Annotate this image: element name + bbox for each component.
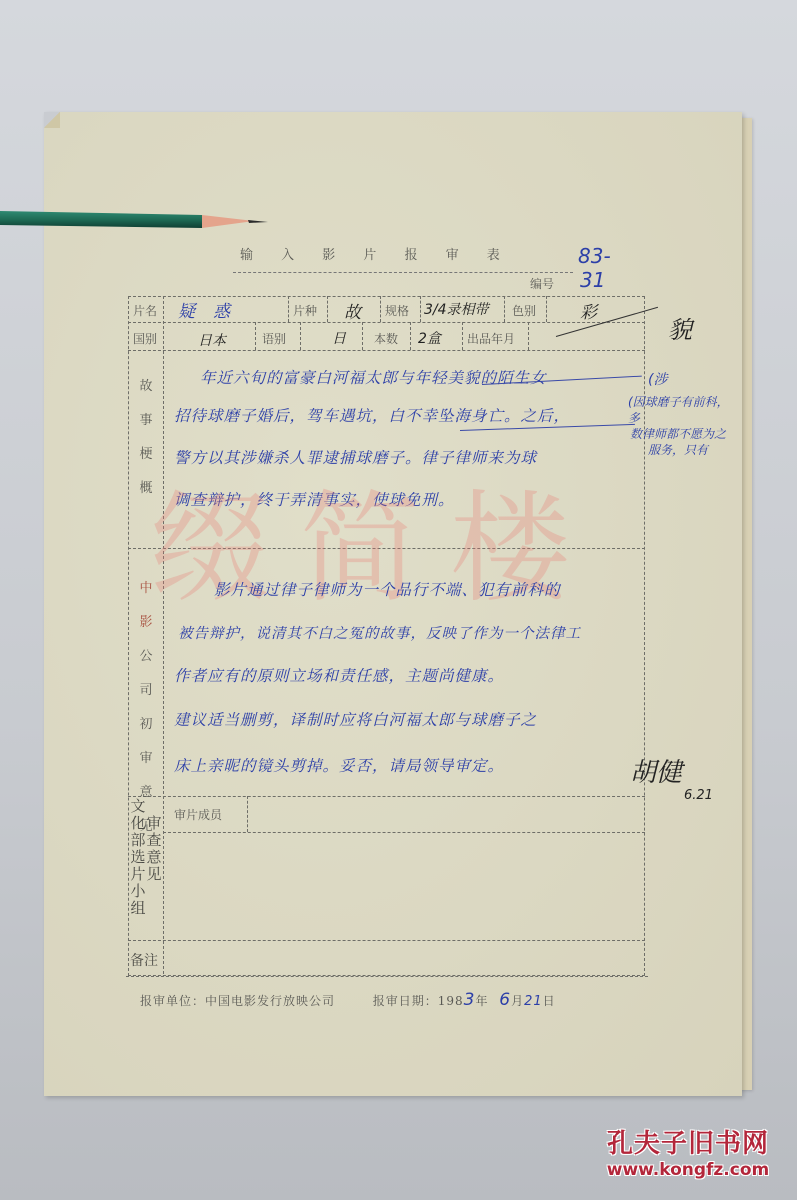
month-value: 6	[499, 990, 511, 1010]
site-logo-url: www.kongfz.com	[593, 1160, 783, 1180]
serial-label: 编号	[530, 275, 554, 292]
language-label: 语别	[262, 330, 286, 347]
col-divider	[247, 796, 248, 832]
col-divider	[255, 322, 256, 350]
label-char: 组	[130, 900, 146, 917]
col-divider	[362, 322, 363, 350]
synopsis-line-3: 警方以其涉嫌杀人罪逮捕球磨子。律子律师来为球	[174, 446, 537, 468]
format-value: 3/4录相带	[424, 299, 489, 319]
color-value: 彩	[580, 298, 597, 323]
synopsis-label: 故 事 梗 概	[138, 370, 154, 506]
col-divider	[380, 296, 381, 322]
label-char: 选	[130, 849, 146, 866]
row-divider	[128, 940, 645, 941]
row-divider	[128, 322, 645, 323]
country-value: 日本	[198, 330, 226, 350]
label-char: 文	[130, 798, 146, 815]
year-digit: 3	[464, 990, 476, 1010]
label-char: 事	[138, 404, 154, 438]
col-divider	[462, 322, 463, 350]
label-char: 司	[138, 674, 154, 708]
first-review-line-1: 影片通过律子律师为一个品行不端、犯有前科的	[214, 578, 561, 600]
site-logo-name: 孔夫子旧书网	[593, 1123, 783, 1160]
remarks-label: 备注	[130, 950, 158, 970]
ministry-label-outer: 文 化 部 选 片 小 组	[130, 798, 146, 917]
row-divider	[163, 832, 645, 833]
col-divider	[546, 296, 547, 322]
day-suffix: 日	[543, 994, 556, 1008]
footer-rule	[126, 976, 648, 977]
release-label: 出品年月	[467, 330, 515, 347]
col-divider	[288, 296, 289, 322]
reels-label: 本数	[374, 330, 398, 347]
label-char: 梗	[138, 438, 154, 472]
col-divider	[528, 322, 529, 350]
submit-date-label: 报审日期：	[373, 994, 438, 1008]
year-prefix: 198	[438, 994, 464, 1008]
synopsis-line-1: 年近六旬的富豪白河福太郎与年轻美貌的陌生女	[200, 366, 547, 388]
col-divider	[300, 322, 301, 350]
site-logo: 孔夫子旧书网 www.kongfz.com	[593, 1123, 783, 1180]
synopsis-line-2: 招待球磨子婚后，驾车遇坑，白不幸坠海身亡。之后，	[174, 404, 570, 426]
col-divider	[410, 322, 411, 350]
form-title: 输 入 影 片 报 审 表	[240, 244, 540, 263]
day-value: 21	[524, 994, 543, 1009]
first-review-line-5: 床上亲昵的镜头剪掉。妥否，请局领导审定。	[174, 754, 504, 776]
col-divider	[327, 296, 328, 322]
submit-unit-label: 报审单位：	[140, 994, 205, 1008]
first-review-line-3: 作者应有的原则立场和责任感，主题尚健康。	[174, 664, 504, 686]
title-underline	[233, 272, 573, 273]
col-divider	[504, 296, 505, 322]
side-note-line: 数律师都不愿为之	[630, 426, 738, 442]
month-suffix: 月	[511, 994, 524, 1008]
label-char: 中	[138, 572, 154, 606]
label-char: 意	[146, 849, 162, 866]
label-char: 概	[138, 472, 154, 506]
submit-unit-value: 中国电影发行放映公司	[205, 994, 335, 1008]
synopsis-line-4: 调查辩护，终于弄清事实，使球免刑。	[174, 488, 455, 510]
label-char: 见	[146, 866, 162, 883]
review-members-label: 审片成员	[174, 806, 222, 823]
col-divider	[420, 296, 421, 322]
color-label: 色别	[512, 302, 536, 319]
reels-value: 2盒	[418, 328, 441, 348]
label-char: 片	[130, 866, 146, 883]
ministry-label-inner: 审 查 意 见	[146, 815, 162, 883]
pencil-icon	[0, 205, 270, 229]
serial-number: 31	[580, 268, 605, 292]
country-label: 国别	[133, 330, 157, 347]
synopsis-side-note: (涉 (因球磨子有前科，多 数律师都不愿为之 服务，只有	[648, 372, 738, 458]
folded-corner	[44, 112, 60, 128]
label-char: 审	[146, 815, 162, 832]
col-divider	[163, 296, 164, 974]
label-char: 影	[138, 606, 154, 640]
label-char: 初	[138, 708, 154, 742]
row-divider	[128, 548, 645, 549]
first-review-line-4: 建议适当删剪，译制时应将白河福太郎与球磨子之	[174, 708, 537, 730]
label-char: 故	[138, 370, 154, 404]
signature-date: 6.21	[684, 788, 713, 803]
first-review-line-2: 被告辩护，说清其不白之冤的故事，反映了作为一个法律工	[178, 622, 581, 643]
year-suffix: 年	[475, 994, 488, 1008]
label-char: 小	[130, 883, 146, 900]
side-note-line: (因球磨子有前科，多	[628, 394, 738, 426]
label-char: 部	[130, 832, 146, 849]
film-type-label: 片种	[293, 302, 317, 319]
side-note-line: (涉	[648, 372, 738, 388]
label-char: 审	[138, 742, 154, 776]
reviewer-signature: 胡健	[630, 752, 682, 789]
label-char: 化	[130, 815, 146, 832]
format-label: 规格	[385, 302, 409, 319]
language-value: 日	[332, 328, 346, 348]
side-note-line: 服务，只有	[648, 442, 738, 458]
film-name-label: 片名	[133, 302, 157, 319]
film-type-value: 故	[344, 298, 361, 323]
row-divider	[128, 796, 645, 797]
film-name-value: 疑惑	[178, 297, 248, 322]
label-char: 公	[138, 640, 154, 674]
margin-note-top: 貌	[668, 310, 692, 345]
label-char: 查	[146, 832, 162, 849]
row-divider	[128, 350, 645, 351]
serial-prefix: 83-	[578, 244, 611, 268]
form-footer: 报审单位：中国电影发行放映公司 报审日期：1983年 6月21日	[140, 990, 556, 1010]
